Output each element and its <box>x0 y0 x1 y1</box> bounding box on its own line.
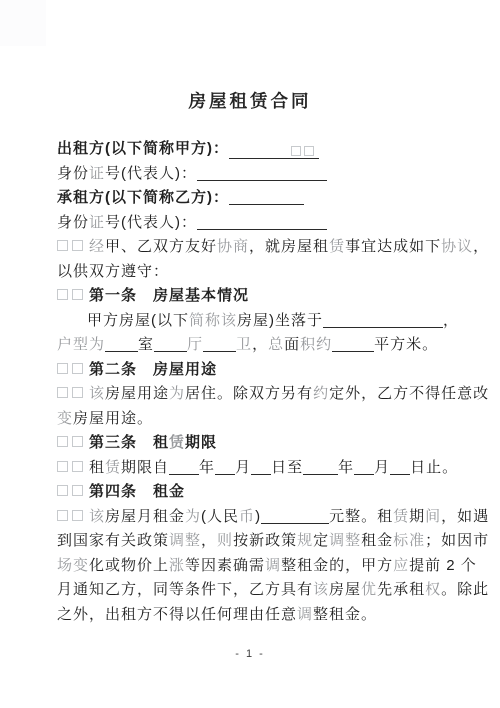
text-run: 权 <box>425 581 441 598</box>
preamble-line-1: 经甲、乙双方友好协商，就房屋租赁事宜达成如下协议， <box>57 235 447 260</box>
contract-page: 房屋租赁合同 出租方(以下简称甲方)：身份证号(代表人)：承租方(以下简称乙方)… <box>0 0 500 708</box>
text-run: 则 <box>217 532 233 549</box>
placeholder-box <box>72 289 83 300</box>
text-run: 整租金。 <box>313 606 377 623</box>
text-run: 证 <box>89 165 105 182</box>
text-run: 约 <box>313 385 329 402</box>
placeholder-box <box>72 485 83 496</box>
indent-boxes <box>57 240 83 251</box>
text-run: 到国家有关政策 <box>57 532 169 549</box>
text-run: 该 <box>89 508 105 525</box>
text-run: 身份 <box>57 165 89 182</box>
placeholder-box <box>72 510 83 521</box>
article-4-title: 第四条 租金 <box>57 480 447 505</box>
text-run: 房屋月租金 <box>105 508 185 525</box>
text-run: 房屋)坐落于 <box>237 312 323 329</box>
placeholder-box <box>57 387 68 398</box>
text-run: 简称该 <box>189 312 237 329</box>
blank-underline <box>332 337 374 352</box>
article-2-line-2: 变房屋用途。 <box>57 407 447 432</box>
text-run: 规 <box>297 532 313 549</box>
article-1-title: 第一条 房屋基本情况 <box>57 284 447 309</box>
text-run: 调整 <box>329 532 361 549</box>
text-run: 租金 <box>361 532 393 549</box>
text-run: 月 <box>235 459 251 476</box>
text-run: 为 <box>185 508 201 525</box>
text-run: 证 <box>89 214 105 231</box>
text-run: 整租金的，甲方 <box>281 557 393 574</box>
text-run: 期限 <box>185 434 217 451</box>
placeholder-box <box>57 485 68 496</box>
preamble-line-2: 以供双方遵守： <box>57 260 447 285</box>
blank-underline <box>229 144 319 159</box>
text-run: 房屋用途 <box>105 385 169 402</box>
contract-title: 房屋租赁合同 <box>0 88 500 113</box>
text-run: ， <box>473 238 489 255</box>
text-run: ，就房屋租 <box>249 238 329 255</box>
text-run: 第二条 房屋用途 <box>89 361 217 378</box>
text-run: 等因素确需 <box>185 557 265 574</box>
article-4-line-1: 该房屋月租金为(人民币)元整。租赁期间，如遇 <box>57 505 447 530</box>
text-run: 期 <box>409 508 425 525</box>
contract-body: 出租方(以下简称甲方)：身份证号(代表人)：承租方(以下简称乙方)：身份证号(代… <box>57 137 447 627</box>
text-run: 赁 <box>393 508 409 525</box>
text-run: 号(代表人)： <box>105 165 197 182</box>
indent-boxes <box>57 363 83 374</box>
text-run: ， <box>443 312 459 329</box>
text-run: 年 <box>338 459 354 476</box>
blank-underline <box>197 166 327 181</box>
text-run: 化或物价上 <box>89 557 169 574</box>
text-run: 优 <box>361 581 377 598</box>
text-run: 室 <box>138 336 154 353</box>
text-run: 应 <box>393 557 409 574</box>
text-run: ， <box>252 336 268 353</box>
text-run: 号(代表人)： <box>105 214 197 231</box>
blank-underline <box>203 337 236 352</box>
text-run: 经 <box>89 238 105 255</box>
scan-corner-artifact <box>0 0 46 46</box>
text-run: 该 <box>313 581 329 598</box>
text-run: 涨 <box>169 557 185 574</box>
article-3-line-1: 租赁期限自年月日至年月日止。 <box>57 456 447 481</box>
text-run: 卫 <box>236 336 252 353</box>
text-run: 赁 <box>105 459 121 476</box>
placeholder-box <box>57 363 68 374</box>
text-run: 币 <box>239 508 255 525</box>
placeholder-box <box>291 146 301 156</box>
text-run: 调整 <box>169 532 201 549</box>
text-run: 第三条 租 <box>89 434 169 451</box>
blank-underline <box>390 460 410 475</box>
text-run: 变 <box>57 410 73 427</box>
placeholder-box <box>72 387 83 398</box>
text-run: 月 <box>374 459 390 476</box>
text-run: ， <box>201 532 217 549</box>
blank-underline <box>197 215 327 230</box>
placeholder-box <box>57 289 68 300</box>
text-run: 为 <box>169 385 185 402</box>
placeholder-box <box>57 510 68 521</box>
text-run: 第一条 房屋基本情况 <box>89 287 249 304</box>
blank-underline <box>251 460 271 475</box>
text-run: 积约 <box>300 336 332 353</box>
blank-underline <box>323 313 443 328</box>
text-run: 按新政策 <box>233 532 297 549</box>
text-run: 事宜达成如下 <box>345 238 441 255</box>
placeholder-box <box>72 363 83 374</box>
article-1-line-2: 户型为室厅卫，总面积约平方米。 <box>57 333 447 358</box>
blank-underline <box>169 460 199 475</box>
text-run: 平方米。 <box>374 336 438 353</box>
article-2-line-1: 该房屋用途为居住。除双方另有约定外，乙方不得任意改 <box>57 382 447 407</box>
text-run: 协商 <box>217 238 249 255</box>
text-run: 月通知乙方，同等条件下，乙方具有 <box>57 581 313 598</box>
text-run: 该 <box>89 385 105 402</box>
text-run: 日止。 <box>410 459 458 476</box>
text-run: ，如遇 <box>441 508 489 525</box>
blank-underline <box>303 460 338 475</box>
placeholder-box <box>72 461 83 472</box>
article-4-line-4: 月通知乙方，同等条件下，乙方具有该房屋优先承租权。除此 <box>57 578 447 603</box>
text-run: 定 <box>313 532 329 549</box>
text-run: ；如因市 <box>425 532 489 549</box>
text-run: 第四条 租金 <box>89 483 185 500</box>
party-b-line: 承租方(以下简称乙方)： <box>57 186 447 211</box>
text-run: 年 <box>199 459 215 476</box>
blank-underline <box>261 509 329 524</box>
text-run: 承租方(以下简称乙方)： <box>57 189 229 206</box>
indent-boxes <box>57 387 83 398</box>
blank-underline <box>154 337 187 352</box>
placeholder-box <box>57 436 68 447</box>
text-run: 元整。租 <box>329 508 393 525</box>
text-run: 场变 <box>57 557 89 574</box>
text-run: 日至 <box>271 459 303 476</box>
text-run: 面 <box>284 336 300 353</box>
indent-boxes <box>57 289 83 300</box>
page-number: - 1 - <box>0 648 500 660</box>
text-run: 房屋 <box>329 581 361 598</box>
text-run: 间 <box>425 508 441 525</box>
text-run: 房屋用途。 <box>73 410 153 427</box>
text-run: 租 <box>89 459 105 476</box>
blank-underline <box>105 337 138 352</box>
text-run: 以供双方遵守： <box>57 263 169 280</box>
text-run: 先承租 <box>377 581 425 598</box>
party-a-id-line: 身份证号(代表人)： <box>57 162 447 187</box>
text-run: 身份 <box>57 214 89 231</box>
text-run: 调 <box>297 606 313 623</box>
text-run: 提前 2 个 <box>409 557 477 574</box>
text-run: 厅 <box>187 336 203 353</box>
indent-boxes <box>57 485 83 496</box>
placeholder-box <box>304 146 314 156</box>
text-run: 期限自 <box>121 459 169 476</box>
blank-underline <box>229 190 304 205</box>
article-4-line-5: 之外，出租方不得以任何理由任意调整租金。 <box>57 603 447 628</box>
party-b-id-line: 身份证号(代表人)： <box>57 211 447 236</box>
text-run: 定外，乙方不得任意改 <box>329 385 489 402</box>
blank-underline <box>354 460 374 475</box>
article-4-line-2: 到国家有关政策调整，则按新政策规定调整租金标准；如因市 <box>57 529 447 554</box>
text-run: 赁 <box>329 238 345 255</box>
article-4-line-3: 场变化或物价上涨等因素确需调整租金的，甲方应提前 2 个 <box>57 554 447 579</box>
article-3-title: 第三条 租赁期限 <box>57 431 447 456</box>
article-1-line-1: 甲方房屋(以下简称该房屋)坐落于， <box>57 309 447 334</box>
text-run: 甲、乙双方友好 <box>105 238 217 255</box>
text-run: 户型为 <box>57 336 105 353</box>
text-run: 居住。除双方另有 <box>185 385 313 402</box>
party-a-line: 出租方(以下简称甲方)： <box>57 137 447 162</box>
text-run: 调 <box>265 557 281 574</box>
text-run: 标准 <box>393 532 425 549</box>
placeholder-box <box>57 240 68 251</box>
placeholder-box <box>72 436 83 447</box>
article-2-title: 第二条 房屋用途 <box>57 358 447 383</box>
text-run: 总 <box>268 336 284 353</box>
placeholder-box <box>72 240 83 251</box>
indent-boxes <box>57 461 83 472</box>
text-run: (人民 <box>201 508 239 525</box>
blank-underline <box>215 460 235 475</box>
indent-boxes <box>57 510 83 521</box>
text-run: 之外，出租方不得以任何理由任意 <box>57 606 297 623</box>
text-run: 赁 <box>169 434 185 451</box>
text-run: 。除此 <box>441 581 489 598</box>
indent-boxes <box>57 436 83 447</box>
text-run: 甲方房屋(以下 <box>87 312 189 329</box>
text-run: 出租方(以下简称甲方)： <box>57 140 229 157</box>
placeholder-box <box>57 461 68 472</box>
text-run: 协议 <box>441 238 473 255</box>
